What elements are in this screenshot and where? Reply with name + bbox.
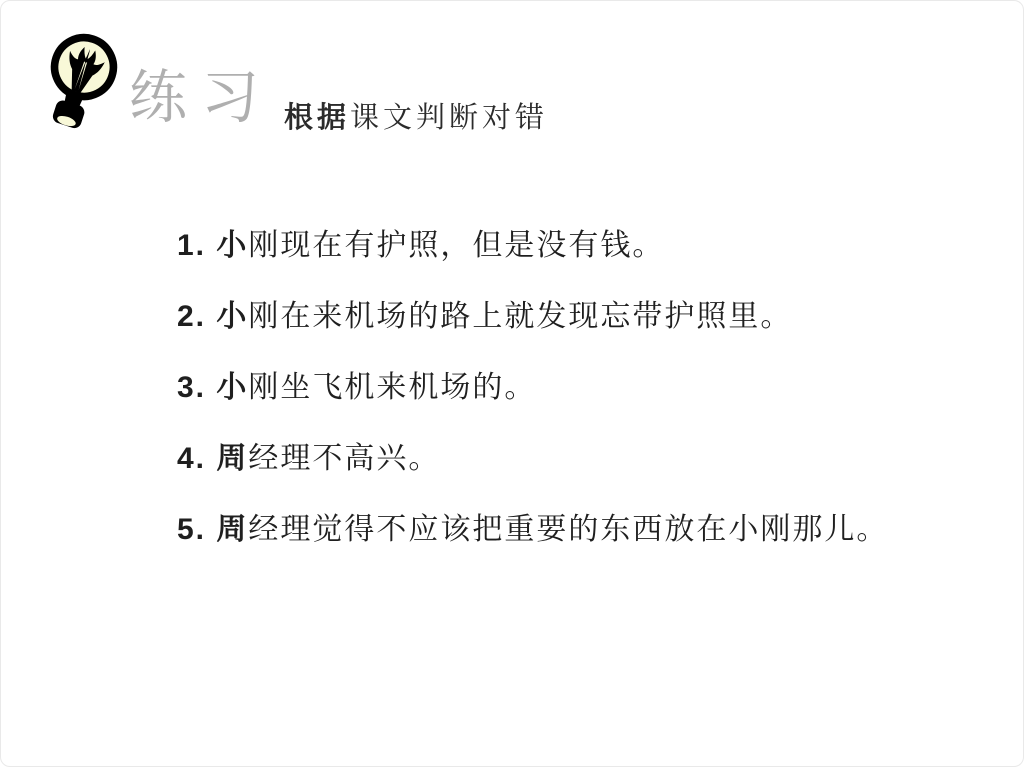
page-title: 练习 — [129, 67, 273, 129]
item-lead: 2. 小 — [177, 300, 248, 333]
item-text: 刚坐飞机来机场的。 — [248, 371, 536, 404]
list-item: 2. 小刚在来机场的路上就发现忘带护照里。 — [177, 299, 963, 335]
item-text: 刚在来机场的路上就发现忘带护照里。 — [248, 300, 792, 333]
subtitle: 根据课文判断对错 — [284, 101, 548, 135]
item-lead: 5. 周 — [177, 513, 248, 546]
item-lead: 1. 小 — [177, 229, 248, 262]
list-item: 5. 周经理觉得不应该把重要的东西放在小刚那儿。 — [177, 512, 963, 548]
list-item: 1. 小刚现在有护照，但是没有钱。 — [177, 228, 963, 264]
item-text: 经理不高兴。 — [248, 442, 440, 475]
slide: 练习 根据课文判断对错 1. 小刚现在有护照，但是没有钱。 2. 小刚在来机场的… — [0, 0, 1024, 767]
statement-list: 1. 小刚现在有护照，但是没有钱。 2. 小刚在来机场的路上就发现忘带护照里。 … — [177, 228, 963, 583]
item-lead: 4. 周 — [177, 442, 248, 475]
list-item: 4. 周经理不高兴。 — [177, 441, 963, 477]
item-lead: 3. 小 — [177, 371, 248, 404]
item-text: 刚现在有护照，但是没有钱。 — [248, 229, 664, 262]
subtitle-lead: 根据 — [284, 102, 350, 134]
lightbulb-icon — [27, 19, 131, 141]
item-text: 经理觉得不应该把重要的东西放在小刚那儿。 — [248, 513, 888, 546]
list-item: 3. 小刚坐飞机来机场的。 — [177, 370, 963, 406]
subtitle-rest: 课文判断对错 — [350, 102, 548, 134]
